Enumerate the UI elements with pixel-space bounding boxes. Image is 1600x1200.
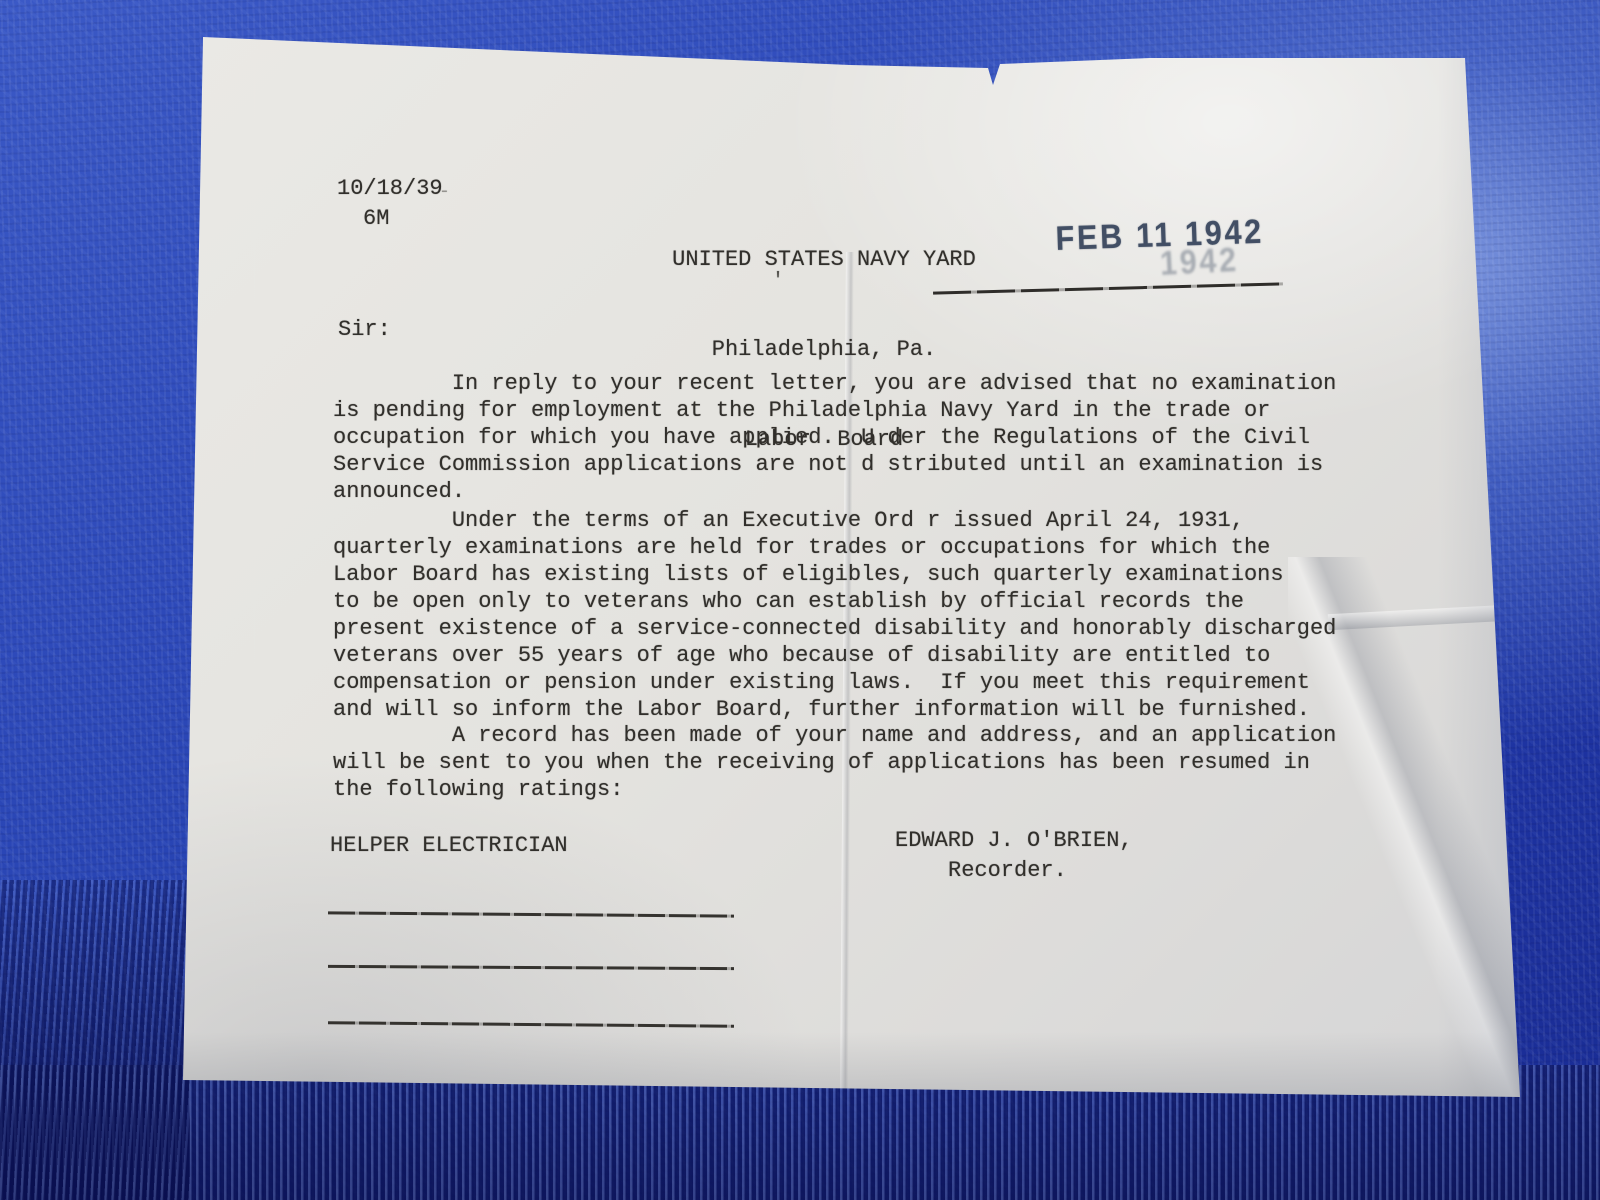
letterhead-org: UNITED STATES NAVY YARD (574, 245, 1074, 275)
rating-label: HELPER ELECTRICIAN (330, 832, 568, 859)
date-stray-mark: - (439, 179, 450, 206)
towel-ribbed-band-left (0, 880, 190, 1200)
paragraph-1: In reply to your recent letter, you are … (333, 370, 1336, 505)
stray-typed-mark: ' (772, 268, 784, 295)
paragraph-2: Under the terms of an Executive Ord r is… (333, 507, 1336, 723)
date-stamp-ghost: 1942 (1159, 241, 1240, 284)
signature-title: Recorder. (948, 857, 1067, 884)
form-code: 6M (363, 205, 389, 232)
salutation: Sir: (338, 316, 391, 343)
signature-name: EDWARD J. O'BRIEN, (895, 827, 1133, 854)
photo-of-letter-on-towel: 10/18/39 - 6M UNITED STATES NAVY YARD Ph… (0, 0, 1600, 1200)
fill-in-line-3 (328, 1021, 734, 1028)
letter-date: 10/18/39 (337, 175, 443, 202)
fill-in-line-2 (328, 965, 734, 970)
paragraph-3: A record has been made of your name and … (333, 722, 1336, 803)
fill-in-line-1 (328, 911, 734, 917)
letter-paper: 10/18/39 - 6M UNITED STATES NAVY YARD Ph… (183, 37, 1523, 1099)
letterhead-city: Philadelphia, Pa. (574, 335, 1074, 365)
